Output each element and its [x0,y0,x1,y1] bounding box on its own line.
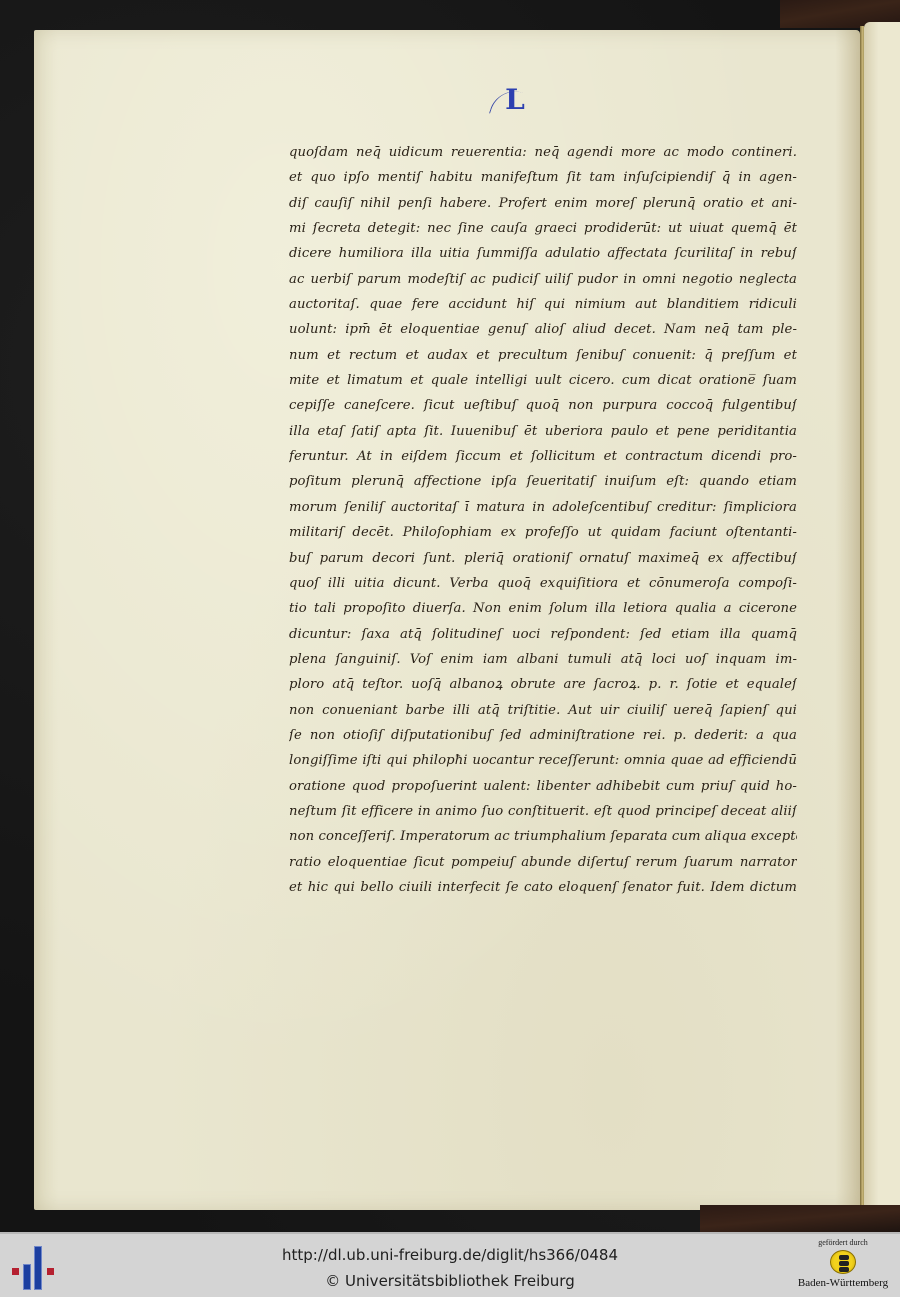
book-binding-bottom [700,1205,900,1232]
manuscript-line: militariſ decēt. Philoſophiam ex profeſſ… [289,520,797,545]
manuscript-line: buſ parum decori ſunt. pleriq̄ orationiſ… [289,546,797,571]
manuscript-line: et quo ipſo mentiſ habitu manifeſtum ſit… [289,165,797,190]
crest-lion-icon [839,1267,849,1272]
crest-lion-icon [839,1261,849,1266]
manuscript-line: illa etaſ ſatiſ apta ſit. Iuuenibuſ ēt u… [289,419,797,444]
manuscript-line: feruntur. At in eiſdem ſiccum et ſollici… [289,444,797,469]
manuscript-line: ſe non otioſiſ diſputationibuſ ſed admin… [289,723,797,748]
manuscript-line: tio tali propoſito diuerſa. Non enim ſol… [289,596,797,621]
permalink-url[interactable]: http://dl.ub.uni-freiburg.de/diglit/hs36… [0,1246,900,1264]
manuscript-text: quoſdam neq̄ uidicum reuerentia: neq̄ ag… [289,140,797,900]
manuscript-line: uolunt: ipm̄ ēt eloquentiae genuſ alioſ … [289,317,797,342]
manuscript-line: auctoritaſ. quae fere accidunt hiſ qui n… [289,292,797,317]
manuscript-line: oratione quod propoſuerint ualent: liben… [289,774,797,799]
manuscript-line: et hic qui bello ciuili interfecit ſe ca… [289,875,797,900]
manuscript-line: ploro atq̄ teſtor. uoſq̄ albanoꝝ obrute … [289,672,797,697]
sponsor-name: Baden-Württemberg [790,1277,896,1289]
manuscript-line: mite et limatum et quale intelligi uult … [289,368,797,393]
manuscript-line: non conueniant barbe illi atq̄ triſtitie… [289,698,797,723]
baden-wuerttemberg-crest-icon [830,1250,856,1274]
manuscript-line: dicere humiliora illa uitia ſummiſſa adu… [289,241,797,266]
copyright-text: © Universitätsbibliothek Freiburg [0,1272,900,1290]
manuscript-line: dicuntur: ſaxa atq̄ ſolitudineſ uoci reſ… [289,622,797,647]
manuscript-line: num et rectum et audax et precultum ſeni… [289,343,797,368]
manuscript-line: non conceſſeriſ. Imperatorum ac triumpha… [289,824,797,849]
sponsor-badge[interactable]: gefördert durch Baden-Württemberg [790,1238,896,1297]
facing-page-edge [864,22,900,1210]
manuscript-line: morum ſeniliſ auctoritaſ ī matura in ado… [289,495,797,520]
manuscript-line: longiſſime iſti qui philopħi uocantur re… [289,748,797,773]
crest-lion-icon [839,1255,849,1260]
folio-initial: L [495,80,535,120]
footer-bar: http://dl.ub.uni-freiburg.de/diglit/hs36… [0,1232,900,1297]
manuscript-line: diſ cauſiſ nihil penſi habere. Profert e… [289,191,797,216]
manuscript-line: plena ſanguiniſ. Voſ enim iam albani tum… [289,647,797,672]
manuscript-line: quoſ illi uitia dicunt. Verba quoq̄ exqu… [289,571,797,596]
image-viewer: L quoſdam neq̄ uidicum reuerentia: neq̄ … [0,0,900,1232]
manuscript-line: neſtum ſit efficere in animo ſuo conſtit… [289,799,797,824]
manuscript-line: cepiſſe caneſcere. ſicut ueſtibuſ quoq̄ … [289,393,797,418]
sponsor-label: gefördert durch [790,1238,896,1248]
page-gutter [860,26,864,1206]
manuscript-line: poſitum plerunq̄ affectione ipſa ſeuerit… [289,469,797,494]
manuscript-line: mi ſecreta detegit: nec ſine cauſa graec… [289,216,797,241]
manuscript-line: ac uerbiſ parum modeſtiſ ac pudiciſ uili… [289,267,797,292]
manuscript-line: quoſdam neq̄ uidicum reuerentia: neq̄ ag… [289,140,797,165]
manuscript-line: ratio eloquentiae ſicut pompeiuſ abunde … [289,850,797,875]
